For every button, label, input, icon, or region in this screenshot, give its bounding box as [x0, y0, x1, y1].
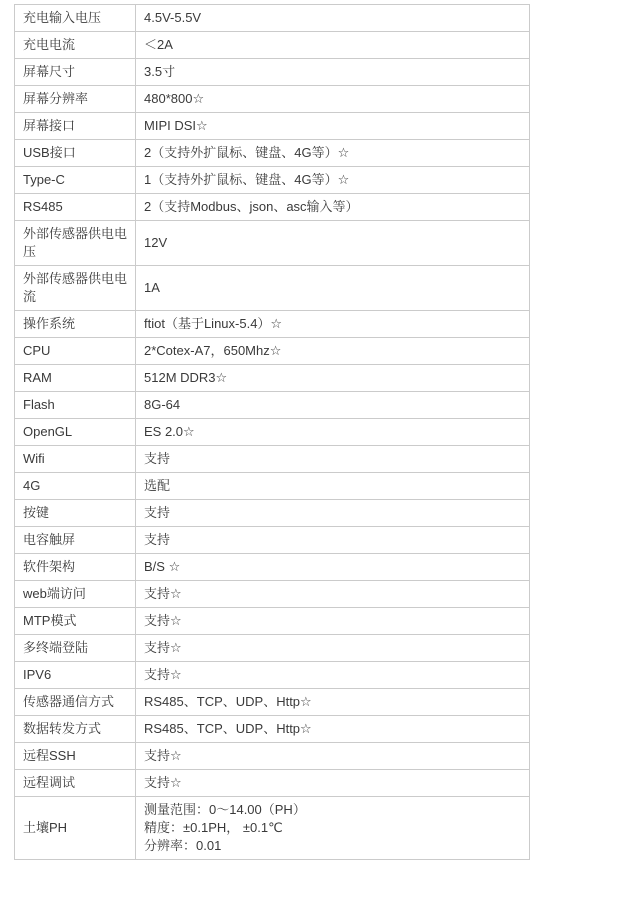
table-row: 屏幕分辨率480*800☆ [15, 86, 530, 113]
spec-label: 数据转发方式 [15, 716, 136, 743]
spec-value: 2（支持Modbus、json、asc输入等） [136, 194, 530, 221]
spec-label: 屏幕尺寸 [15, 59, 136, 86]
table-row: 外部传感器供电电流1A [15, 266, 530, 311]
table-row: 充电电流＜2A [15, 32, 530, 59]
spec-label: 远程SSH [15, 743, 136, 770]
table-row: 软件架构B/S ☆ [15, 554, 530, 581]
spec-value: 支持☆ [136, 743, 530, 770]
spec-label: RAM [15, 365, 136, 392]
spec-value: 8G-64 [136, 392, 530, 419]
page: 充电输入电压4.5V-5.5V充电电流＜2A屏幕尺寸3.5寸屏幕分辨率480*8… [0, 0, 633, 897]
spec-label: 土壤PH [15, 797, 136, 860]
table-row: 土壤PH测量范围：0～14.00（PH） 精度：±0.1PH， ±0.1℃ 分辨… [15, 797, 530, 860]
table-row: RS4852（支持Modbus、json、asc输入等） [15, 194, 530, 221]
table-row: MTP模式支持☆ [15, 608, 530, 635]
table-row: 外部传感器供电电压12V [15, 221, 530, 266]
spec-label: 操作系统 [15, 311, 136, 338]
table-row: Flash8G-64 [15, 392, 530, 419]
spec-value: 2*Cotex-A7，650Mhz☆ [136, 338, 530, 365]
spec-label: 远程调试 [15, 770, 136, 797]
spec-value: 测量范围：0～14.00（PH） 精度：±0.1PH， ±0.1℃ 分辨率：0.… [136, 797, 530, 860]
spec-value: 3.5寸 [136, 59, 530, 86]
table-row: 远程调试支持☆ [15, 770, 530, 797]
table-row: 多终端登陆支持☆ [15, 635, 530, 662]
spec-label: OpenGL [15, 419, 136, 446]
spec-table-body: 充电输入电压4.5V-5.5V充电电流＜2A屏幕尺寸3.5寸屏幕分辨率480*8… [15, 5, 530, 860]
spec-value: 4.5V-5.5V [136, 5, 530, 32]
spec-label: RS485 [15, 194, 136, 221]
table-row: 操作系统ftiot（基于Linux-5.4）☆ [15, 311, 530, 338]
table-row: 数据转发方式RS485、TCP、UDP、Http☆ [15, 716, 530, 743]
table-row: 传感器通信方式RS485、TCP、UDP、Http☆ [15, 689, 530, 716]
table-row: IPV6支持☆ [15, 662, 530, 689]
spec-value: 512M DDR3☆ [136, 365, 530, 392]
spec-value: 支持 [136, 446, 530, 473]
spec-label: web端访问 [15, 581, 136, 608]
spec-value: 支持 [136, 527, 530, 554]
spec-value: 支持☆ [136, 608, 530, 635]
spec-value: B/S ☆ [136, 554, 530, 581]
spec-value: 支持 [136, 500, 530, 527]
spec-value: 支持☆ [136, 662, 530, 689]
table-row: Type-C1（支持外扩鼠标、键盘、4G等）☆ [15, 167, 530, 194]
table-row: 充电输入电压4.5V-5.5V [15, 5, 530, 32]
spec-value: RS485、TCP、UDP、Http☆ [136, 689, 530, 716]
table-row: 屏幕尺寸3.5寸 [15, 59, 530, 86]
spec-label: Flash [15, 392, 136, 419]
table-row: 屏幕接口MIPI DSI☆ [15, 113, 530, 140]
table-row: 电容触屏支持 [15, 527, 530, 554]
spec-label: 4G [15, 473, 136, 500]
spec-label: IPV6 [15, 662, 136, 689]
table-row: USB接口2（支持外扩鼠标、键盘、4G等）☆ [15, 140, 530, 167]
spec-value: 支持☆ [136, 581, 530, 608]
spec-label: 外部传感器供电电压 [15, 221, 136, 266]
spec-label: 传感器通信方式 [15, 689, 136, 716]
spec-value: ftiot（基于Linux-5.4）☆ [136, 311, 530, 338]
spec-value: ES 2.0☆ [136, 419, 530, 446]
spec-label: 电容触屏 [15, 527, 136, 554]
spec-value: 1A [136, 266, 530, 311]
spec-value: 1（支持外扩鼠标、键盘、4G等）☆ [136, 167, 530, 194]
spec-label: CPU [15, 338, 136, 365]
table-row: RAM512M DDR3☆ [15, 365, 530, 392]
spec-value: 选配 [136, 473, 530, 500]
spec-value: RS485、TCP、UDP、Http☆ [136, 716, 530, 743]
spec-table: 充电输入电压4.5V-5.5V充电电流＜2A屏幕尺寸3.5寸屏幕分辨率480*8… [14, 4, 530, 860]
spec-label: 屏幕分辨率 [15, 86, 136, 113]
spec-label: 充电输入电压 [15, 5, 136, 32]
spec-label: 多终端登陆 [15, 635, 136, 662]
table-row: web端访问支持☆ [15, 581, 530, 608]
spec-label: 软件架构 [15, 554, 136, 581]
spec-label: 充电电流 [15, 32, 136, 59]
spec-label: MTP模式 [15, 608, 136, 635]
spec-value: 2（支持外扩鼠标、键盘、4G等）☆ [136, 140, 530, 167]
spec-value: 12V [136, 221, 530, 266]
spec-label: 按键 [15, 500, 136, 527]
spec-value: 480*800☆ [136, 86, 530, 113]
spec-label: USB接口 [15, 140, 136, 167]
table-row: Wifi支持 [15, 446, 530, 473]
spec-label: Type-C [15, 167, 136, 194]
table-row: OpenGLES 2.0☆ [15, 419, 530, 446]
table-row: 远程SSH支持☆ [15, 743, 530, 770]
spec-label: 屏幕接口 [15, 113, 136, 140]
spec-value: 支持☆ [136, 635, 530, 662]
table-row: 4G选配 [15, 473, 530, 500]
table-row: 按键支持 [15, 500, 530, 527]
table-row: CPU2*Cotex-A7，650Mhz☆ [15, 338, 530, 365]
spec-value: 支持☆ [136, 770, 530, 797]
spec-label: Wifi [15, 446, 136, 473]
spec-value: MIPI DSI☆ [136, 113, 530, 140]
spec-label: 外部传感器供电电流 [15, 266, 136, 311]
spec-value: ＜2A [136, 32, 530, 59]
